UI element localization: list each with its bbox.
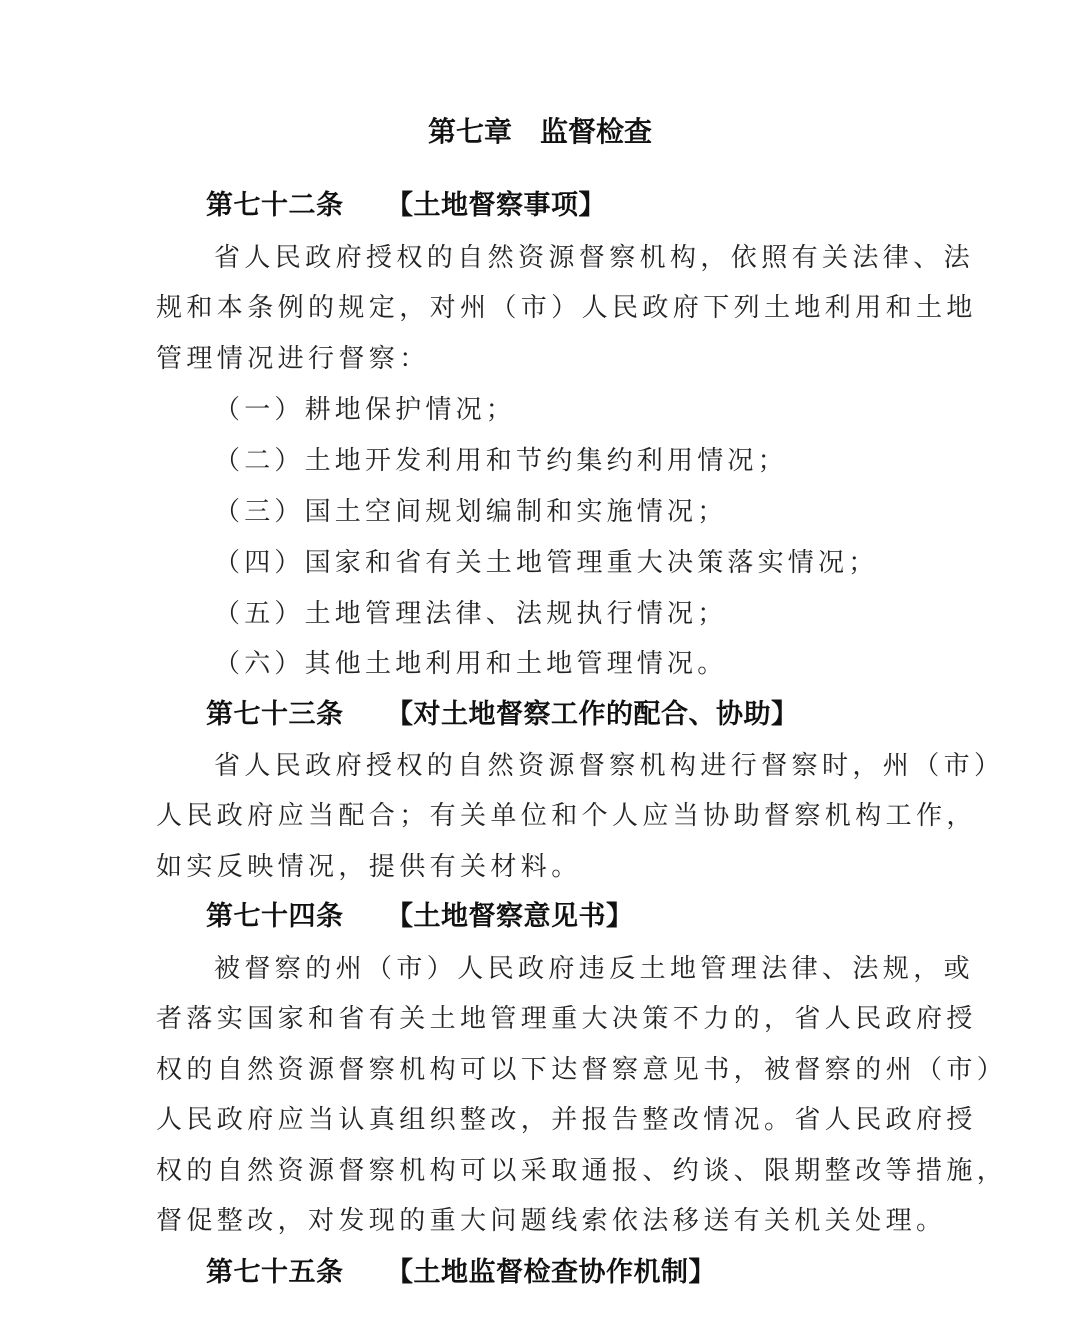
article-heading-73: 第七十三条【对土地督察工作的配合、协助】 <box>206 697 799 733</box>
article-number: 第七十二条 <box>206 188 386 224</box>
article-number: 第七十四条 <box>206 899 386 935</box>
article-72-item-6: （六）其他土地利用和土地管理情况。 <box>214 646 727 682</box>
article-74-para-line-3: 权的自然资源督察机构可以下达督察意见书，被督察的州（市） <box>156 1052 1007 1088</box>
article-title: 【土地督察事项】 <box>386 190 606 221</box>
article-number: 第七十三条 <box>206 697 386 733</box>
article-73-para-line-3: 如实反映情况，提供有关材料。 <box>156 849 582 885</box>
chapter-title: 第七章 监督检查 <box>0 112 1080 152</box>
article-72-item-4: （四）国家和省有关土地管理重大决策落实情况； <box>214 545 878 581</box>
article-74-para-line-2: 者落实国家和省有关土地管理重大决策不力的，省人民政府授 <box>156 1001 977 1037</box>
article-heading-72: 第七十二条【土地督察事项】 <box>206 188 606 224</box>
article-73-para-line-1: 省人民政府授权的自然资源督察机构进行督察时，州（市） <box>214 748 1004 784</box>
article-74-para-line-5: 权的自然资源督察机构可以采取通报、约谈、限期整改等措施， <box>156 1153 1007 1189</box>
article-heading-74: 第七十四条【土地督察意见书】 <box>206 899 634 935</box>
article-title: 【土地督察意见书】 <box>386 901 634 932</box>
article-72-para-line-3: 管理情况进行督察： <box>156 341 430 377</box>
article-title: 【对土地督察工作的配合、协助】 <box>386 699 799 730</box>
article-73-para-line-2: 人民政府应当配合；有关单位和个人应当协助督察机构工作， <box>156 798 977 834</box>
article-title: 【土地监督检查协作机制】 <box>386 1257 716 1288</box>
article-74-para-line-1: 被督察的州（市）人民政府违反土地管理法律、法规，或 <box>214 951 974 987</box>
document-page: 第七章 监督检查 第七十二条【土地督察事项】 省人民政府授权的自然资源督察机构，… <box>0 0 1080 1328</box>
article-72-item-5: （五）土地管理法律、法规执行情况； <box>214 596 727 632</box>
article-heading-75: 第七十五条【土地监督检查协作机制】 <box>206 1255 716 1291</box>
article-72-para-line-1: 省人民政府授权的自然资源督察机构，依照有关法律、法 <box>214 240 974 276</box>
article-number: 第七十五条 <box>206 1255 386 1291</box>
article-72-item-2: （二）土地开发利用和节约集约利用情况； <box>214 443 788 479</box>
article-72-item-3: （三）国土空间规划编制和实施情况； <box>214 494 727 530</box>
article-74-para-line-4: 人民政府应当认真组织整改，并报告整改情况。省人民政府授 <box>156 1102 977 1138</box>
article-72-para-line-2: 规和本条例的规定，对州（市）人民政府下列土地利用和土地 <box>156 290 977 326</box>
article-72-item-1: （一）耕地保护情况； <box>214 392 516 428</box>
article-74-para-line-6: 督促整改，对发现的重大问题线索依法移送有关机关处理。 <box>156 1203 946 1239</box>
